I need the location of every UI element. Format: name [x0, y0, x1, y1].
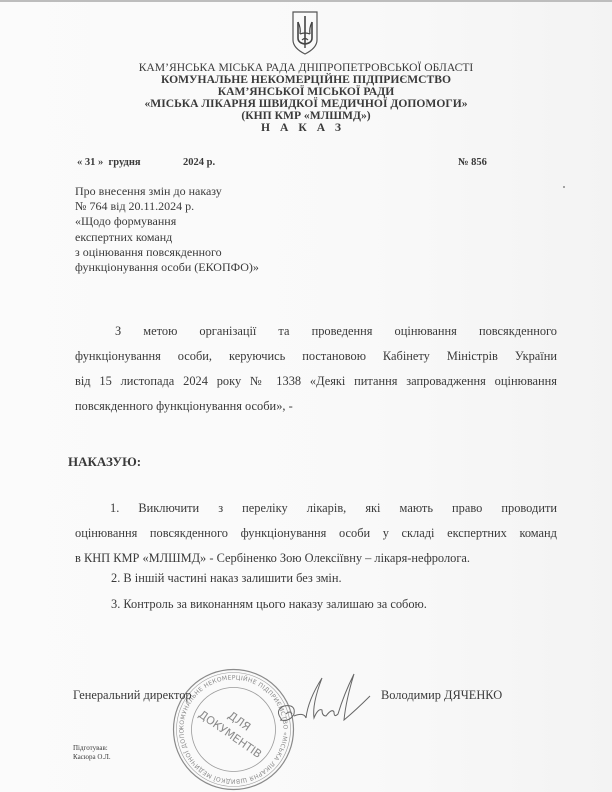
prepared-by-label: Підготував: [73, 744, 111, 753]
order-item-2: 2. В іншій частині наказ залишити без зм… [111, 571, 342, 586]
handwritten-signature [272, 670, 372, 740]
preamble-line: З метою організації та проведення оцінюв… [75, 319, 557, 344]
document-title: НАКАЗ [0, 122, 612, 134]
ukraine-coat-of-arms-icon [290, 10, 320, 56]
order-item-1: 1. Виключити з переліку лікарів, які маю… [75, 496, 557, 571]
subject-line: Про внесення змін до наказу [75, 184, 259, 199]
subject-line: з оцінювання повсякденного [75, 245, 259, 260]
document-subject: Про внесення змін до наказу № 764 від 20… [75, 184, 259, 275]
subject-line: № 764 від 20.11.2024 р. [75, 199, 259, 214]
preamble-line: функціонування особи, керуючись постанов… [75, 344, 557, 369]
order-item-line: 1. Виключити з переліку лікарів, які маю… [75, 496, 557, 521]
date-year: 2024 р. [183, 157, 215, 168]
document-date: « 31 » грудня [77, 157, 141, 168]
preamble-paragraph: З метою організації та проведення оцінюв… [75, 319, 557, 419]
preamble-line: повсякденного функціонування особи», - [75, 394, 557, 419]
order-item-line: в КНП КМР «МЛШМД» - Сербіненко Зою Олекс… [75, 546, 557, 571]
signatory-position: Генеральний директор [73, 688, 192, 703]
subject-line: функціонування особи (ЕКОПФО)» [75, 260, 259, 275]
date-day: « 31 » [77, 157, 103, 168]
order-item-3: 3. Контроль за виконанням цього наказу з… [111, 597, 427, 612]
date-month: грудня [109, 157, 141, 168]
document-page: КАМ’ЯНСЬКА МІСЬКА РАДА ДНІПРОПЕТРОВСЬКОЇ… [0, 0, 612, 792]
signatory-name: Володимир ДЯЧЕНКО [381, 688, 502, 703]
subject-line: «Щодо формування [75, 214, 259, 229]
prepared-by: Підготував: Касюра О.Л. [73, 744, 111, 762]
order-word: НАКАЗУЮ: [68, 454, 141, 470]
document-number: № 856 [458, 157, 487, 168]
preamble-line: від 15 листопада 2024 року № 1338 «Деякі… [75, 369, 557, 394]
subject-line: експертних команд [75, 230, 259, 245]
scan-speck [563, 186, 565, 188]
order-item-line: оцінювання повсякденного функціонування … [75, 521, 557, 546]
prepared-by-name: Касюра О.Л. [73, 753, 111, 762]
